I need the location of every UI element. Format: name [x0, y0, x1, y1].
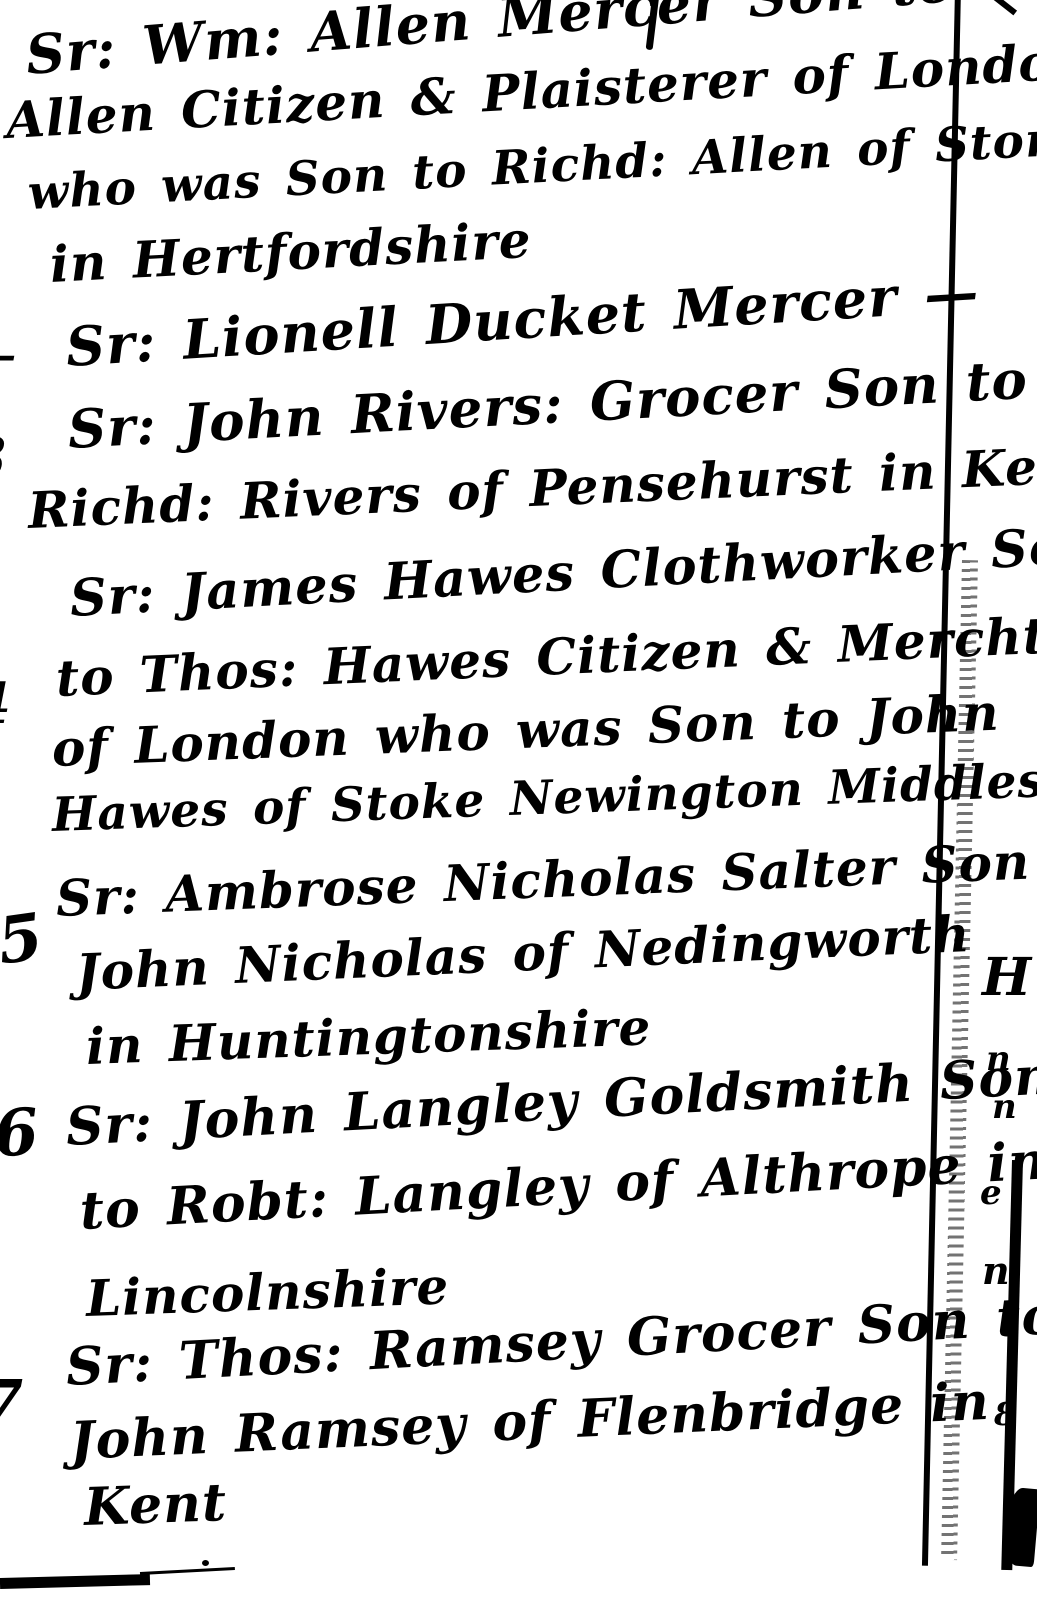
handwritten-line: in Huntingtonshire [85, 1002, 652, 1072]
edge-mark: H [982, 952, 1031, 1004]
handwritten-line: Lincolnshire [85, 1261, 450, 1324]
handwritten-line: Sr: James Hawes Clothworker Son [69, 520, 1037, 625]
bottom-edge-line [0, 1574, 150, 1589]
handwritten-line: to Robt: Langley of Althrope in [79, 1135, 1037, 1238]
margin-number: 4 [0, 676, 11, 732]
handwritten-line: in Hertfordshire [49, 215, 533, 290]
bottom-edge-line-tail [140, 1567, 235, 1575]
edge-mark: n [992, 1090, 1017, 1124]
handwritten-line: John Nicholas of Nedingworth [75, 909, 971, 998]
bottom-edge-dot [202, 1560, 209, 1566]
manuscript-page: Sr: Wm: Allen Mercer Son to Wm — Allen C… [0, 0, 1037, 1598]
margin-number: 7 [0, 1372, 23, 1434]
margin-number: – [0, 336, 16, 376]
edge-mark: n [982, 1252, 1010, 1290]
margin-number: 5 [0, 905, 47, 975]
margin-number: 6 [0, 1101, 41, 1168]
handwritten-line: Kent [83, 1477, 228, 1534]
edge-mark: e [980, 1176, 1002, 1210]
margin-number: 3 [0, 430, 7, 486]
edge-mark: n [986, 1042, 1011, 1076]
